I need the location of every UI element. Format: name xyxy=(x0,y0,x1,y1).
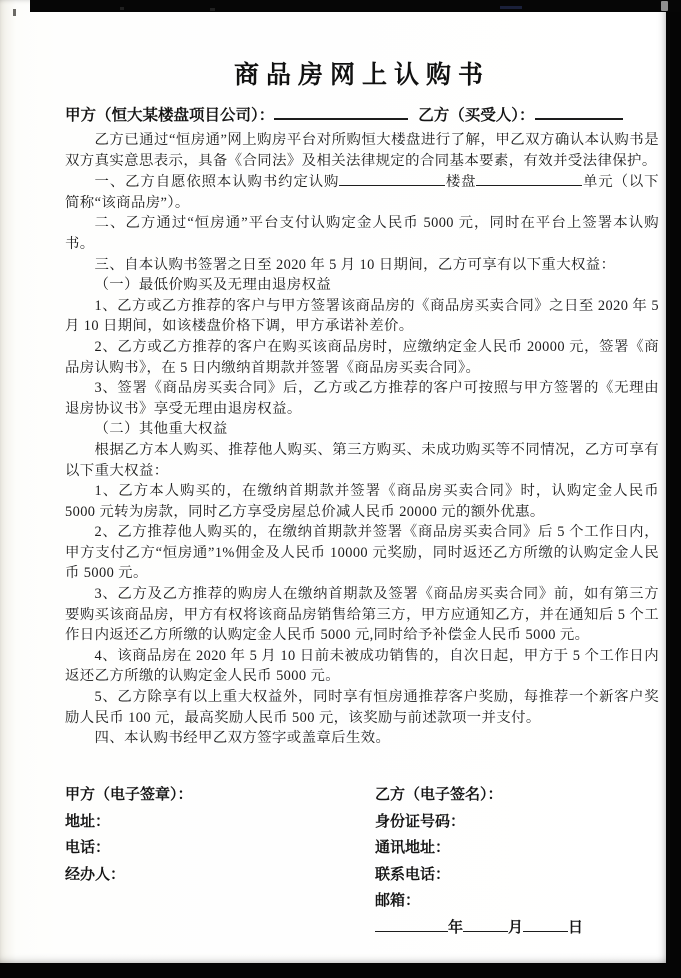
contract-paragraph: 1、乙方或乙方推荐的客户与甲方签署该商品房的《商品房买卖合同》之日至 2020 … xyxy=(65,296,659,337)
party-b-id-number-label: 身份证号码： xyxy=(375,809,659,836)
contract-body: 商品房网上认购书 甲方（恒大某楼盘项目公司）：乙方（买受人）： 乙方已通过“恒房… xyxy=(65,0,659,749)
contract-paragraph: 二、乙方通过“恒房通”平台支付认购定金人民币 5000 元，同时在平台上签署本认… xyxy=(65,213,659,254)
year-fill-in-blank xyxy=(375,918,448,932)
party-a-address-label: 地址： xyxy=(65,809,375,836)
party-b-label: 乙方（买受人）： xyxy=(418,107,534,124)
photo-artifact xyxy=(13,9,16,16)
party-b-signature-label: 乙方（电子签名）： xyxy=(375,782,659,809)
clause-one-mid: 楼盘 xyxy=(445,174,476,190)
contract-paragraph: 3、乙方及乙方推荐的购房人在缴纳首期款及签署《商品房买卖合同》前，如有第三方要购… xyxy=(65,584,659,646)
estate-name-fill-in-blank xyxy=(339,171,445,186)
month-label: 月 xyxy=(508,919,523,936)
unit-fill-in-blank xyxy=(476,171,582,186)
month-fill-in-blank xyxy=(463,918,508,932)
party-identification-line: 甲方（恒大某楼盘项目公司）：乙方（买受人）： xyxy=(65,104,659,127)
party-a-signature-column: 甲方（电子签章）： 地址： 电话： 经办人： xyxy=(65,782,375,942)
photo-artifact xyxy=(661,1,668,11)
party-b-email-label: 邮箱： xyxy=(375,888,659,915)
contract-paragraph: 5、乙方除享有以上重大权益外，同时享有恒房通推荐客户奖励，每推荐一个新客户奖励人… xyxy=(65,687,659,728)
party-b-contact-phone-label: 联系电话： xyxy=(375,862,659,889)
party-b-signature-column: 乙方（电子签名）： 身份证号码： 通讯地址： 联系电话： 邮箱： 年月日 xyxy=(375,782,659,942)
party-b-fill-in-blank xyxy=(535,104,623,120)
contract-paragraph: 四、本认购书经甲乙双方签字或盖章后生效。 xyxy=(65,728,659,749)
clause-one-pre: 一、乙方自愿依照本认购书约定认购 xyxy=(95,174,340,190)
signature-date-line: 年月日 xyxy=(375,915,659,942)
contract-paragraph: 4、该商品房在 2020 年 5 月 10 日前未被成功销售的，自次日起，甲方于… xyxy=(65,646,659,687)
contract-paragraph: 2、乙方或乙方推荐的客户在购买该商品房时，应缴纳定金人民币 20000 元，签署… xyxy=(65,337,659,378)
contract-paragraph: 乙方已通过“恒房通”网上购房平台对所购恒大楼盘进行了解，甲乙双方确认本认购书是双… xyxy=(65,130,659,171)
contract-paragraph-clause-one: 一、乙方自愿依照本认购书约定认购楼盘单元（以下简称“该商品房”）。 xyxy=(65,171,659,213)
party-a-phone-label: 电话： xyxy=(65,835,375,862)
party-b-mailing-address-label: 通讯地址： xyxy=(375,835,659,862)
day-fill-in-blank xyxy=(523,918,568,932)
contract-paragraph: （一）最低价购买及无理由退房权益 xyxy=(65,275,659,296)
party-a-signature-label: 甲方（电子签章）： xyxy=(65,782,375,809)
party-a-agent-label: 经办人： xyxy=(65,862,375,889)
contract-paragraph: 2、乙方推荐他人购买的，在缴纳首期款并签署《商品房买卖合同》后 5 个工作日内，… xyxy=(65,522,659,584)
party-a-label: 甲方（恒大某楼盘项目公司）： xyxy=(65,107,274,124)
party-a-fill-in-blank xyxy=(274,104,408,120)
day-label: 日 xyxy=(568,919,583,936)
contract-paragraph: 1、乙方本人购买的，在缴纳首期款并签署《商品房买卖合同》时，认购定金人民币 50… xyxy=(65,481,659,522)
signature-section: 甲方（电子签章）： 地址： 电话： 经办人： 乙方（电子签名）： 身份证号码： … xyxy=(65,782,659,942)
contract-paragraph: 3、签署《商品房买卖合同》后，乙方或乙方推荐的客户可按照与甲方签署的《无理由退房… xyxy=(65,378,659,419)
contract-paragraph: 根据乙方本人购买、推荐他人购买、第三方购买、未成功购买等不同情况，乙方可享有以下… xyxy=(65,440,659,481)
year-label: 年 xyxy=(448,919,463,936)
contract-paragraph: （二）其他重大权益 xyxy=(65,419,659,440)
page-title: 商品房网上认购书 xyxy=(65,55,659,91)
contract-paragraph: 三、自本认购书签署之日至 2020 年 5 月 10 日期间，乙方可享有以下重大… xyxy=(65,255,659,276)
